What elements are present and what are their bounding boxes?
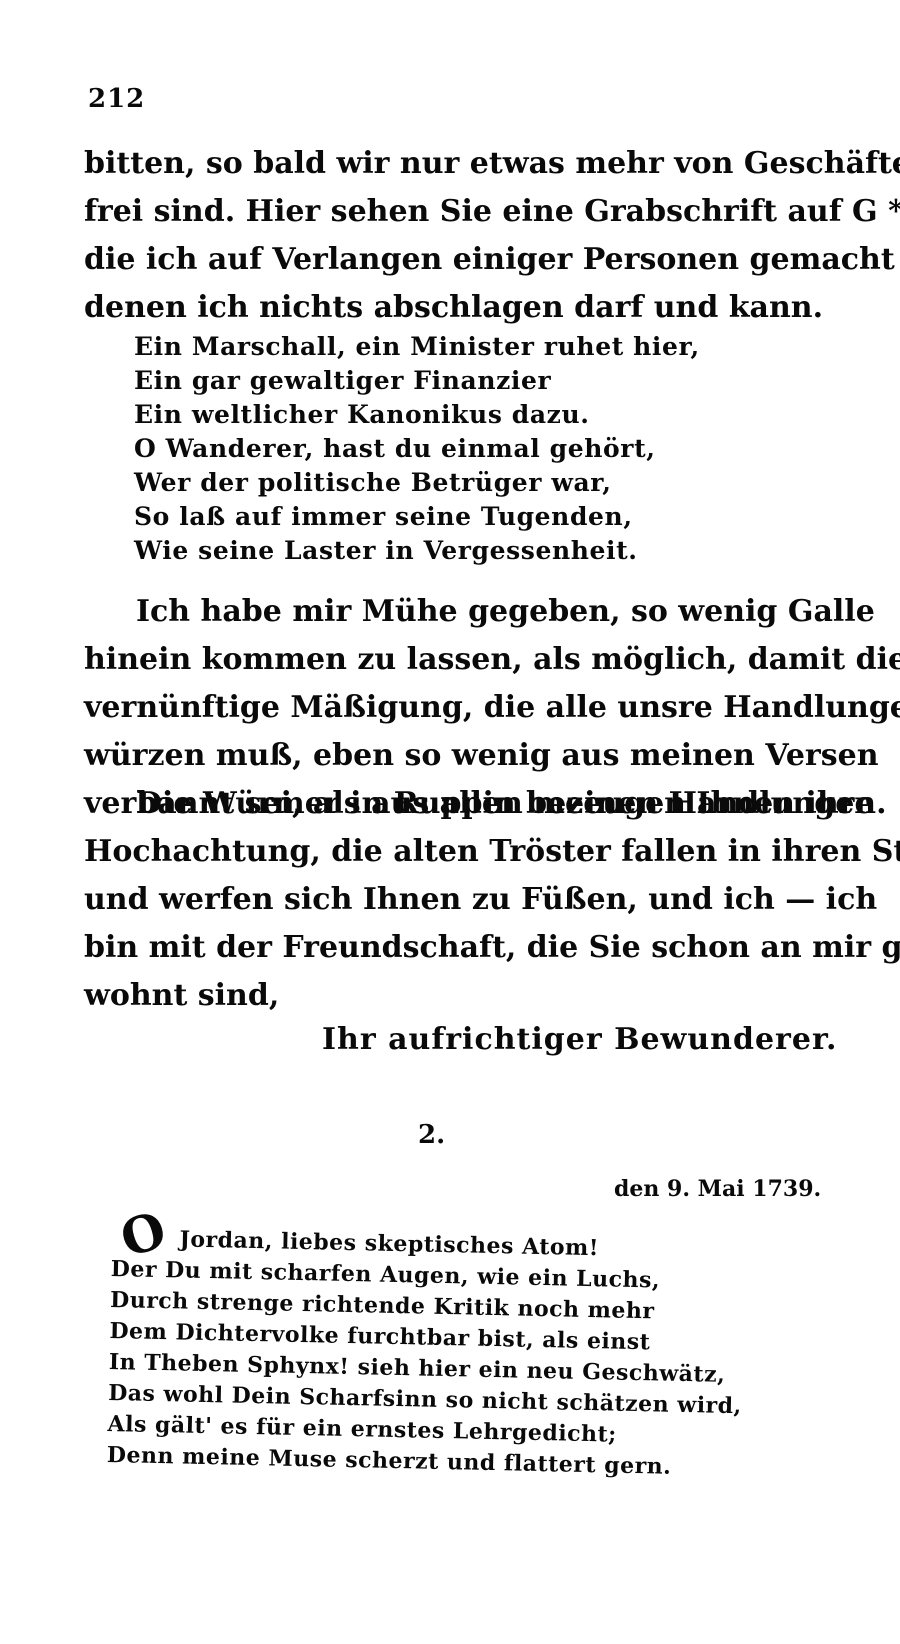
verse-line: Wer der politische Betrüger war,	[134, 466, 700, 500]
section-number: 2.	[418, 1120, 445, 1150]
epitaph-poem: Ein Marschall, ein Minister ruhet hier, …	[134, 330, 700, 568]
text-line: frei sind. Hier sehen Sie eine Grabschri…	[84, 188, 804, 236]
text-line: würzen muß, eben so wenig aus meinen Ver…	[84, 732, 804, 780]
drop-cap: O	[117, 1209, 171, 1260]
text-line: und werfen sich Ihnen zu Füßen, und ich …	[84, 876, 804, 924]
text-line: wohnt sind,	[84, 972, 804, 1020]
text-line: hinein kommen zu lassen, als möglich, da…	[84, 636, 804, 684]
text-line: vernünftige Mäßigung, die alle unsre Han…	[84, 684, 804, 732]
verse-line: Ein gar gewaltiger Finanzier	[134, 364, 700, 398]
verse-line: So laß auf immer seine Tugenden,	[134, 500, 700, 534]
text-line: denen ich nichts abschlagen darf und kan…	[84, 284, 804, 332]
text-line: Die Würmer in Ruppin bezeugen Ihnen ihre	[84, 780, 804, 828]
letter-2-poem: OJordan, liebes skeptisches Atom! Der Du…	[107, 1212, 746, 1484]
paragraph-closing-request: bitten, so bald wir nur etwas mehr von G…	[84, 140, 804, 332]
text-line: Hochachtung, die alten Tröster fallen in…	[84, 828, 804, 876]
page-number: 212	[88, 84, 145, 114]
paragraph-farewell: Die Würmer in Ruppin bezeugen Ihnen ihre…	[84, 780, 804, 1020]
text-line: bitten, so bald wir nur etwas mehr von G…	[84, 140, 804, 188]
text-line: Ich habe mir Mühe gegeben, so wenig Gall…	[84, 588, 804, 636]
text-line: bin mit der Freundschaft, die Sie schon …	[84, 924, 804, 972]
verse-line: O Wanderer, hast du einmal gehört,	[134, 432, 700, 466]
verse-line: Ein weltlicher Kanonikus dazu.	[134, 398, 700, 432]
verse-line: Wie seine Laster in Vergessenheit.	[134, 534, 700, 568]
text-line: die ich auf Verlangen einiger Personen g…	[84, 236, 804, 284]
verse-line: Ein Marschall, ein Minister ruhet hier,	[134, 330, 700, 364]
signature: Ihr aufrichtiger Bewunderer.	[322, 1022, 837, 1057]
letter-dateline: den 9. Mai 1739.	[614, 1176, 821, 1202]
